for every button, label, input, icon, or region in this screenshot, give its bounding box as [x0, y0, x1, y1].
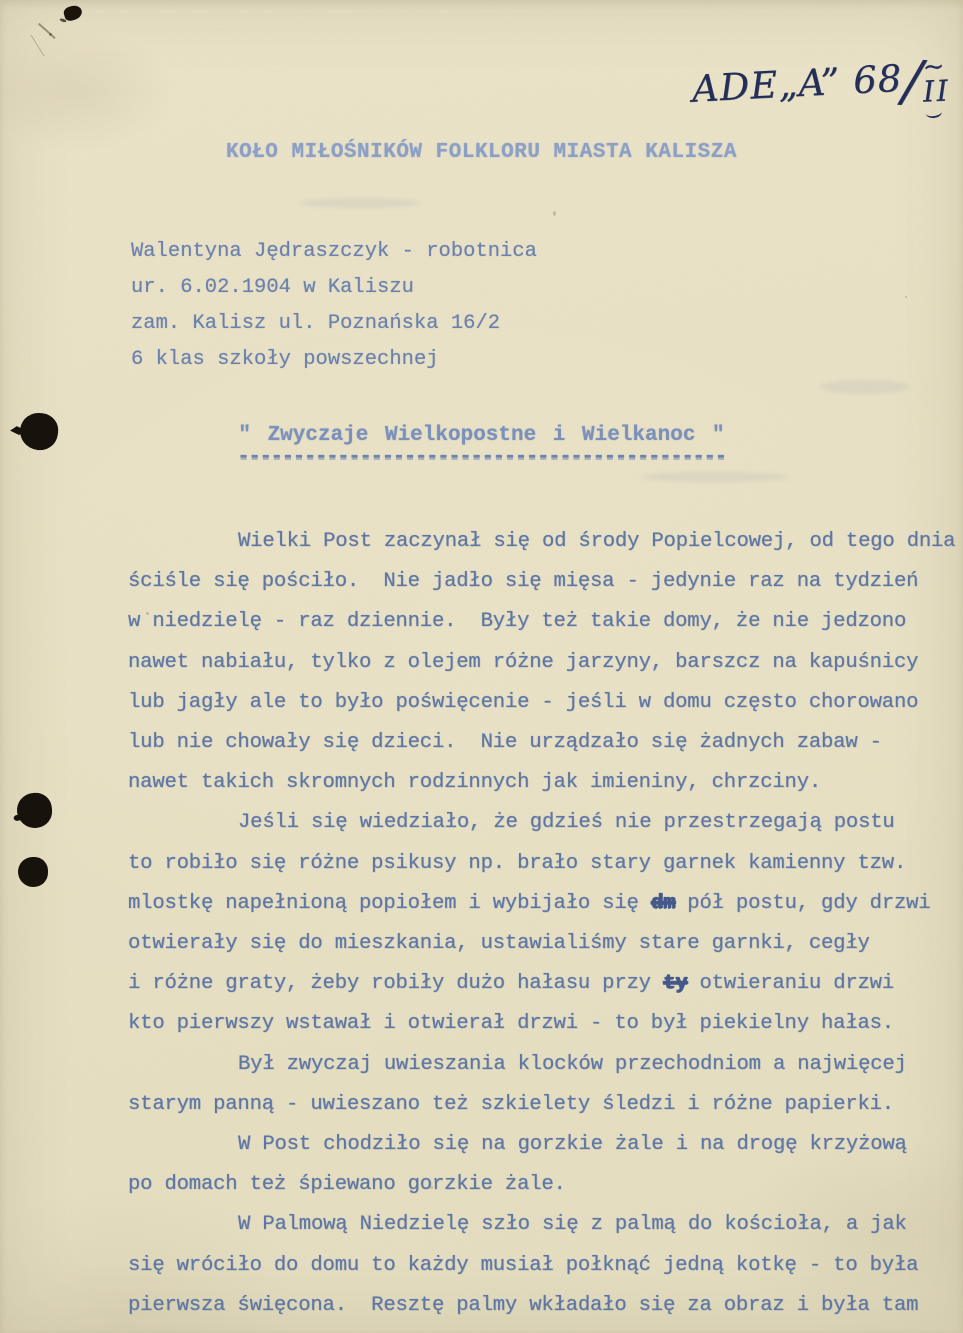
text-segment: ściśle się pościło. Nie jadło się mięsa … — [128, 570, 918, 593]
body-line: lub nie chowały się dzieci. Nie urządzał… — [128, 723, 948, 763]
pen-scratch — [30, 35, 44, 57]
text-segment: po domach też śpiewano gorzkie żale. — [128, 1173, 566, 1196]
text-segment: lub jagły ale to było poświęcenie - jeśl… — [128, 691, 918, 714]
text-segment: nawet takich skromnych rodzinnych jak im… — [128, 771, 821, 794]
catalog-number: ADE„A” 68 — [691, 57, 904, 111]
hole-punch — [15, 791, 53, 829]
fraction-denominator: ~II — [922, 73, 951, 108]
document-title: " Zwyczaje Wielkopostne i Wielkanoc " — [0, 424, 963, 447]
text-segment: pół postu, gdy drzwi — [675, 892, 930, 915]
organization-heading: KOŁO MIŁOŚNIKÓW FOLKLORU MIASTA KALISZA — [0, 141, 963, 164]
author-line: zam. Kalisz ul. Poznańska 16/2 — [131, 306, 537, 342]
body-line: kto pierwszy wstawał i otwierał drzwi - … — [128, 1004, 948, 1044]
body-line: po domach też śpiewano gorzkie żale. — [128, 1165, 948, 1205]
body-line: Był zwyczaj uwieszania klocków przechodn… — [128, 1045, 948, 1085]
underline-hook — [925, 106, 943, 120]
author-line: 6 klas szkoły powszechnej — [131, 342, 537, 378]
text-segment: W Palmową Niedzielę szło się z palmą do … — [238, 1213, 907, 1236]
author-block: Walentyna Jędraszczyk - robotnicaur. 6.0… — [131, 234, 537, 378]
text-segment: to robiło się różne psikusy np. brało st… — [128, 852, 906, 875]
text-segment: Był zwyczaj uwieszania klocków przechodn… — [238, 1053, 907, 1076]
text-segment: starym panną - uwieszano też szkielety ś… — [128, 1093, 894, 1116]
ink-blot — [62, 4, 83, 22]
hole-punch — [18, 857, 48, 887]
catalog-annotation: ADE„A” 68/~II — [690, 47, 950, 125]
text-segment: Wielki Post zaczynał się od środy Popiel… — [238, 530, 955, 553]
body-line: W Post chodziło się na gorzkie żale i na… — [128, 1125, 948, 1165]
text-segment: w niedzielę - raz dziennie. Były też tak… — [128, 610, 906, 633]
paper-speck — [49, 33, 52, 36]
text-segment: otwieraniu drzwi — [687, 972, 894, 995]
text-segment: otwierały się do mieszkania, ustawialiśm… — [128, 932, 870, 955]
ink-smudge — [640, 472, 790, 482]
body-line: otwierały się do mieszkania, ustawialiśm… — [128, 924, 948, 964]
paper-speck — [905, 296, 907, 298]
paper-speck — [553, 211, 556, 216]
text-segment: i różne graty, żeby robiły dużo hałasu p… — [128, 972, 663, 995]
text-segment: nawet nabiału, tylko z olejem różne jarz… — [128, 651, 918, 674]
text-segment: pierwsza święcona. Resztę palmy wkładało… — [128, 1294, 918, 1317]
pen-scratch — [38, 23, 55, 39]
scanned-page: ADE„A” 68/~II KOŁO MIŁOŚNIKÓW FOLKLORU M… — [0, 0, 963, 1333]
ink-smudge — [820, 380, 910, 394]
body-line: pierwsza święcona. Resztę palmy wkładało… — [128, 1286, 948, 1326]
body-line: starym panną - uwieszano też szkielety ś… — [128, 1085, 948, 1125]
body-line: się wróciło do domu to każdy musiał połk… — [128, 1246, 948, 1286]
body-line: lub jagły ale to było poświęcenie - jeśl… — [128, 683, 948, 723]
author-line: Walentyna Jędraszczyk - robotnica — [131, 234, 537, 270]
tilde-mark: ~ — [922, 51, 947, 82]
body-line: nawet takich skromnych rodzinnych jak im… — [128, 763, 948, 803]
body-line: w niedzielę - raz dziennie. Były też tak… — [128, 602, 948, 642]
text-segment: W Post chodziło się na gorzkie żale i na… — [238, 1133, 907, 1156]
text-segment: się wróciło do domu to każdy musiał połk… — [128, 1254, 918, 1277]
ink-smudge — [300, 198, 420, 208]
fraction-slash: / — [901, 49, 924, 115]
body-line: ściśle się pościło. Nie jadło się mięsa … — [128, 562, 948, 602]
text-segment: Jeśli się wiedziało, że gdzieś nie przes… — [238, 811, 895, 834]
struck-out-word: dm — [651, 892, 675, 915]
struck-out-word: ty — [663, 972, 687, 995]
body-line: Jeśli się wiedziało, że gdzieś nie przes… — [128, 803, 948, 843]
text-segment: mlostkę napełnioną popiołem i wybijało s… — [128, 892, 651, 915]
text-segment: lub nie chowały się dzieci. Nie urządzał… — [128, 731, 882, 754]
body-line: mlostkę napełnioną popiołem i wybijało s… — [128, 884, 948, 924]
body-line: W Palmową Niedzielę szło się z palmą do … — [128, 1205, 948, 1245]
title-underline: ----------------------------------------… — [0, 446, 963, 469]
author-line: ur. 6.02.1904 w Kaliszu — [131, 270, 537, 306]
body-line: to robiło się różne psikusy np. brało st… — [128, 844, 948, 884]
body-text: Wielki Post zaczynał się od środy Popiel… — [128, 522, 948, 1326]
body-line: i różne graty, żeby robiły dużo hałasu p… — [128, 964, 948, 1004]
body-line: nawet nabiału, tylko z olejem różne jarz… — [128, 643, 948, 683]
body-line: Wielki Post zaczynał się od środy Popiel… — [128, 522, 948, 562]
text-segment: kto pierwszy wstawał i otwierał drzwi - … — [128, 1012, 894, 1035]
